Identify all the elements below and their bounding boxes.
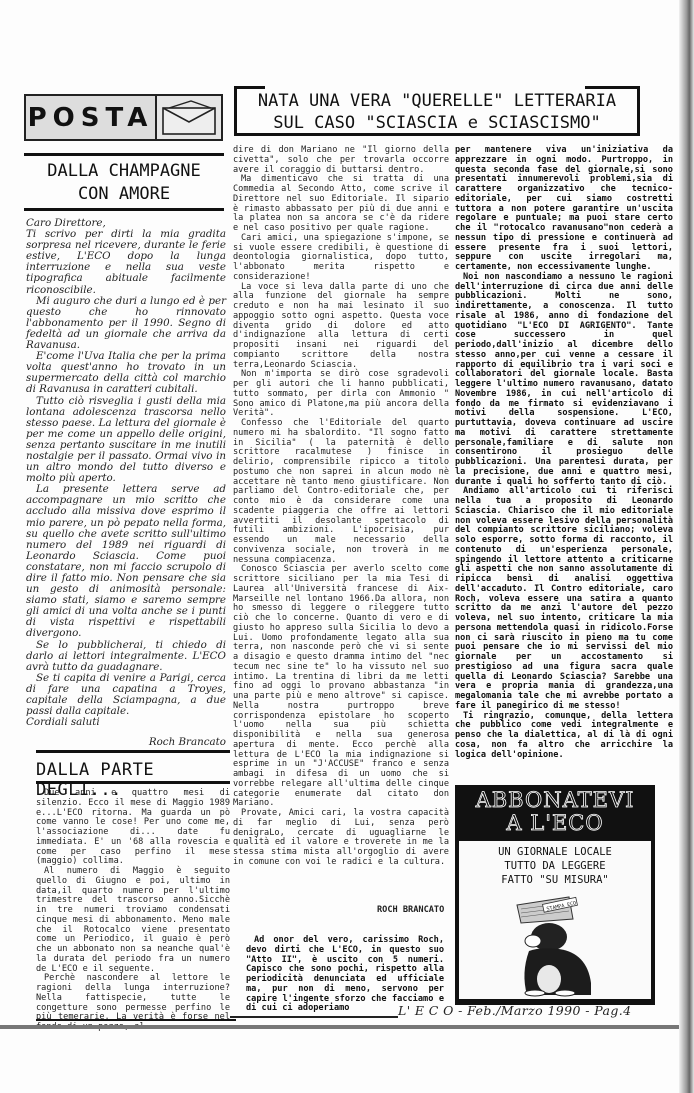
footer-divider: [230, 1016, 398, 1018]
article-paragraph: dire di don Mariano ne "Il giorno della …: [233, 146, 449, 175]
article-paragraph: Noi non nascondiamo a nessuno le ragioni…: [455, 273, 673, 488]
advert-tagline-line2: TUTTO DA LEGGERE: [459, 859, 651, 873]
article-paragraph: per mantenere viva un'iniziativa da appr…: [455, 146, 673, 273]
letter-title-line2: CON AMORE: [24, 183, 224, 206]
letter-paragraph: Se lo pubblicherai, ti chiedo di darlo a…: [26, 640, 226, 673]
posta-label: POSTA: [26, 96, 155, 139]
divider: [36, 781, 230, 784]
page-bottom-edge: [0, 1025, 680, 1029]
letter-title: DALLA CHAMPAGNE CON AMORE: [24, 160, 224, 206]
article-right-column: per mantenere viva un'iniziativa da appr…: [455, 146, 673, 760]
divider: [24, 208, 224, 211]
divider: [24, 153, 224, 156]
article-paragraph: Ma dimenticavo che si tratta di una Comm…: [233, 175, 449, 234]
reply-paragraph: Perchè nascondere al lettore le ragioni …: [36, 974, 230, 1033]
letter-paragraph: La presente lettera serve ad accompagnar…: [26, 484, 226, 639]
newspaper-page: POSTA DALLA CHAMPAGNE CON AMORE Caro Dir…: [0, 0, 694, 1093]
advert-tagline-line3: FATTO "SU MISURA": [459, 873, 651, 887]
article-paragraph: La voce si leva dalla parte di uno che a…: [233, 283, 449, 371]
divider: [36, 750, 230, 753]
letter-paragraph: Ti scrivo per dirti la mia gradita sorpr…: [26, 229, 226, 296]
advert-tagline: UN GIORNALE LOCALE TUTTO DA LEGGERE FATT…: [459, 845, 651, 887]
headline-line1: NATA UNA VERA "QUERELLE" LETTERARIA: [237, 90, 637, 112]
reply-body: Due anni e quattro mesi di silenzio. Ecc…: [36, 789, 230, 1033]
reply-paragraph: Due anni e quattro mesi di silenzio. Ecc…: [36, 789, 230, 867]
letter-title-line1: DALLA CHAMPAGNE: [24, 160, 224, 183]
reply-paragraph: Al numero di Maggio è seguito quello di …: [36, 867, 230, 974]
subscription-advert: ABBONATEVI A L'ECO UN GIORNALE LOCALE TU…: [455, 785, 655, 1005]
article-paragraph: Provate, Amici cari, la vostra capacità …: [233, 809, 449, 868]
letter-paragraph: Se ti capita di venire a Parigi, cerca d…: [26, 673, 226, 717]
letter-signature: Roch Brancato: [26, 737, 226, 748]
letter-closing: Cordiali saluti: [26, 717, 226, 728]
article-paragraph: Andiamo all'articolo cui ti riferisci ne…: [455, 487, 673, 711]
divider: [36, 1019, 236, 1021]
advert-title: ABBONATEVI A L'ECO: [455, 789, 655, 835]
headline-line2: SUL CASO "SCIASCIA e SCIASCISMO": [237, 112, 637, 134]
article-paragraph: Non m'importa se dirò cose sgradevoli pe…: [233, 370, 449, 419]
article-paragraph: Cari amici, una spiegazione s'impone, se…: [233, 234, 449, 283]
advert-panel: UN GIORNALE LOCALE TUTTO DA LEGGERE FATT…: [459, 841, 651, 999]
scan-edge-shadow: [679, 0, 694, 1093]
article-middle-column: dire di don Mariano ne "Il giorno della …: [233, 146, 449, 868]
bear-reading-newspaper-icon: STAMPA ECO: [499, 893, 629, 997]
posta-section-header: POSTA: [24, 94, 223, 141]
advert-title-line1: ABBONATEVI: [455, 789, 655, 812]
article-paragraph: Confesso che l'Editoriale del quarto num…: [233, 419, 449, 565]
article-signature: ROCH BRANCATO: [377, 905, 444, 915]
letter-paragraph: Mi auguro che duri a lungo ed è per ques…: [26, 296, 226, 351]
advert-tagline-line1: UN GIORNALE LOCALE: [459, 845, 651, 859]
letter-paragraph: Tutto ciò risveglia i gusti della mia lo…: [26, 396, 226, 485]
letter-body: Caro Direttore, Ti scrivo per dirti la m…: [26, 218, 226, 748]
article-headline: NATA UNA VERA "QUERELLE" LETTERARIA SUL …: [234, 86, 640, 136]
advert-title-line2: A L'ECO: [455, 812, 655, 835]
page-footer: L' E C O - Feb./Marzo 1990 - Pag.4: [398, 1003, 631, 1018]
article-paragraph: Conosco Sciascia per averlo scelto come …: [233, 565, 449, 809]
letter-paragraph: E'come l'Uva Italia che per la prima vol…: [26, 351, 226, 395]
envelope-icon: [155, 96, 221, 139]
article-paragraph: Ti ringrazio, comunque, della lettera ch…: [455, 712, 673, 761]
